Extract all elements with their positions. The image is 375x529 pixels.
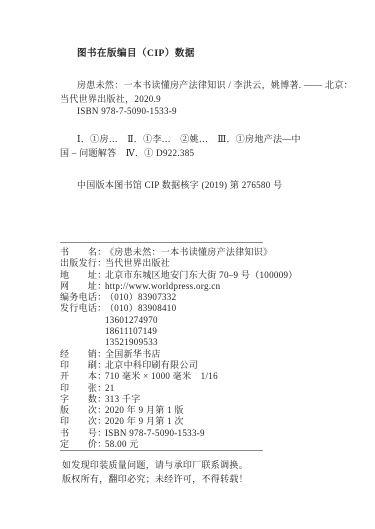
colophon-row: 版 次：2020 年 9 月第 1 版 — [60, 405, 320, 416]
colophon-row-label: 印 刷： — [60, 360, 105, 371]
cip-record-number-line: 中国版本图书馆 CIP 数据核字 (2019) 第 276580 号 — [77, 178, 282, 191]
colophon-row-value: 18611107149 — [105, 326, 157, 337]
colophon-row: 印 张：21 — [60, 383, 320, 394]
colophon-row-value: 2020 年 9 月第 1 版 — [105, 405, 184, 416]
colophon-row-value: （010）83907332 — [105, 292, 176, 303]
colophon-row-label: 开 本： — [60, 371, 105, 382]
colophon-row: 出版发行：当代世界出版社 — [60, 258, 320, 269]
colophon-row-value: （010）83908410 — [105, 303, 176, 314]
colophon-row: 编务电话：（010）83907332 — [60, 292, 320, 303]
colophon-row-value: 710 毫米 × 1000 毫米 1/16 — [105, 371, 218, 382]
colophon-row: 网 址：http://www.worldpress.org.cn — [60, 281, 320, 292]
colophon-row-label: 定 价： — [60, 439, 105, 450]
divider-line-bottom — [60, 450, 263, 451]
print-quality-notice: 如发现印装质量问题，请与承印厂联系调换。 — [62, 458, 248, 471]
colophon-row-value: 当代世界出版社 — [105, 258, 170, 269]
colophon-row-label: 发行电话： — [60, 303, 105, 314]
colophon-row: 发行电话：（010）83908410 — [60, 303, 320, 314]
colophon-row-value: 13601274970 — [105, 315, 158, 326]
colophon-row-label — [60, 315, 105, 326]
colophon-row-label: 经 销： — [60, 349, 105, 360]
colophon-row-label: 编务电话： — [60, 292, 105, 303]
colophon-row-label: 地 址： — [60, 270, 105, 281]
colophon-row-label: 印 张： — [60, 383, 105, 394]
colophon-row: 18611107149 — [60, 326, 320, 337]
colophon-row-value: 2020 年 9 月第 1 次 — [105, 416, 184, 427]
colophon-row-label: 出版发行： — [60, 258, 105, 269]
cip-heading: 图书在版编目（CIP）数据 — [77, 45, 195, 59]
colophon-row: 开 本：710 毫米 × 1000 毫米 1/16 — [60, 371, 320, 382]
cip-classification-line-2: 国 – 问题解答 Ⅳ．① D922.385 — [60, 146, 194, 159]
cip-classification-line-1: Ⅰ．①房… Ⅱ．①李… ②姚… Ⅲ．①房地产法—中 — [77, 132, 301, 145]
colophon-row-label: 书 号： — [60, 428, 105, 439]
colophon-row-label — [60, 337, 105, 348]
colophon-row-value: 58.00 元 — [105, 439, 139, 450]
colophon-row-value: http://www.worldpress.org.cn — [105, 281, 220, 292]
colophon-row: 书 名：《房患未然：一本书读懂房产法律知识》 — [60, 247, 320, 258]
colophon-row: 书 号：ISBN 978-7-5090-1533-9 — [60, 428, 320, 439]
cip-isbn-line: ISBN 978-7-5090-1533-9 — [77, 106, 177, 116]
colophon-row-value: 北京中科印刷有限公司 — [105, 360, 198, 371]
copyright-notice: 版权所有，翻印必究；未经许可，不得转载！ — [62, 472, 248, 485]
colophon-row-label: 网 址： — [60, 281, 105, 292]
colophon-row-label: 印 次： — [60, 416, 105, 427]
colophon-row-label: 书 名： — [60, 247, 105, 258]
colophon-row: 印 刷：北京中科印刷有限公司 — [60, 360, 320, 371]
colophon-row-value: 13521909533 — [105, 337, 158, 348]
colophon-row: 地 址：北京市东城区地安门东大街 70–9 号（100009） — [60, 270, 320, 281]
colophon-row-label: 字 数： — [60, 394, 105, 405]
colophon-row: 经 销：全国新华书店 — [60, 349, 320, 360]
colophon-row-value: 《房患未然：一本书读懂房产法律知识》 — [105, 247, 272, 258]
colophon-row-value: ISBN 978-7-5090-1533-9 — [105, 428, 205, 439]
colophon-row-value: 21 — [105, 383, 115, 394]
cip-entry-line-2: 当代世界出版社，2020.9 — [60, 92, 161, 105]
colophon-row-label — [60, 326, 105, 337]
colophon-row-value: 全国新华书店 — [105, 349, 161, 360]
colophon-row: 字 数：313 千字 — [60, 394, 320, 405]
cip-entry-line-1: 房患未然：一本书读懂房产法律知识 / 李洪云，姚博著. —— 北京： — [77, 78, 353, 91]
colophon-row-label: 版 次： — [60, 405, 105, 416]
colophon-row-value: 北京市东城区地安门东大街 70–9 号（100009） — [105, 270, 298, 281]
divider-line-top — [60, 242, 263, 243]
colophon-rows: 书 名：《房患未然：一本书读懂房产法律知识》出版发行：当代世界出版社地 址：北京… — [60, 247, 320, 450]
colophon-row: 13521909533 — [60, 337, 320, 348]
colophon-row-value: 313 千字 — [105, 394, 141, 405]
colophon-row: 印 次：2020 年 9 月第 1 次 — [60, 416, 320, 427]
colophon-row: 定 价：58.00 元 — [60, 439, 320, 450]
colophon-row: 13601274970 — [60, 315, 320, 326]
